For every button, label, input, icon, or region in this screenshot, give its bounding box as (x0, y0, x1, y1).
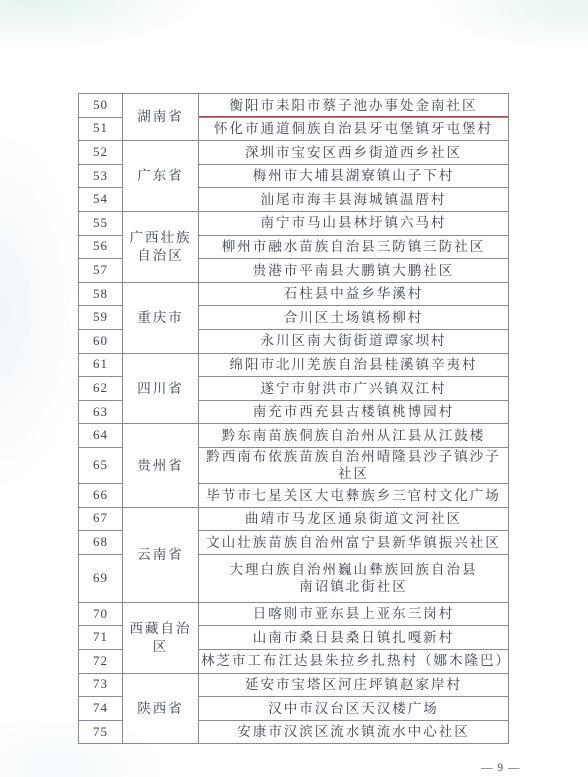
row-number-cell: 64 (79, 424, 123, 448)
locality-cell: 怀化市通道侗族自治县牙屯堡镇牙屯堡村 (199, 117, 509, 141)
row-number-cell: 52 (79, 141, 123, 165)
province-cell: 贵州省 (123, 424, 199, 507)
locality-cell: 延安市宝塔区河庄坪镇赵家岸村 (199, 673, 509, 697)
province-cell: 湖南省 (123, 94, 199, 141)
locality-cell: 汉中市汉台区天汉楼广场 (199, 697, 509, 721)
row-number-cell: 69 (79, 554, 123, 602)
table-row: 61四川省绵阳市北川羌族自治县桂溪镇辛夷村 (79, 353, 509, 377)
row-number-cell: 58 (79, 282, 123, 306)
locality-cell: 日喀则市亚东县上亚东三岗村 (199, 602, 509, 626)
row-number-cell: 59 (79, 306, 123, 330)
locality-table: 50湖南省衡阳市耒阳市蔡子池办事处金南社区51怀化市通道侗族自治县牙屯堡镇牙屯堡… (78, 93, 509, 744)
locality-cell: 南充市西充县古楼镇桃博园村 (199, 400, 509, 424)
table-row: 52广东省深圳市宝安区西乡街道西乡社区 (79, 141, 509, 165)
row-number-cell: 53 (79, 164, 123, 188)
row-number-cell: 61 (79, 353, 123, 377)
locality-cell: 石柱县中益乡华溪村 (199, 282, 509, 306)
locality-cell: 黔东南苗族侗族自治州从江县从江鼓楼 (199, 424, 509, 448)
locality-cell: 合川区土场镇杨柳村 (199, 306, 509, 330)
province-cell: 重庆市 (123, 282, 199, 353)
locality-cell: 林芝市工布江达县朱拉乡扎热村（娜木隆巴） (199, 649, 509, 673)
row-number-cell: 68 (79, 531, 123, 555)
table-row: 64贵州省黔东南苗族侗族自治州从江县从江鼓楼 (79, 424, 509, 448)
locality-cell: 梅州市大埔县湖寮镇山子下村 (199, 164, 509, 188)
province-cell: 广东省 (123, 141, 199, 212)
document-page: 50湖南省衡阳市耒阳市蔡子池办事处金南社区51怀化市通道侗族自治县牙屯堡镇牙屯堡… (0, 0, 588, 777)
province-cell: 陕西省 (123, 673, 199, 744)
province-cell: 云南省 (123, 507, 199, 602)
row-number-cell: 51 (79, 117, 123, 141)
row-number-cell: 55 (79, 211, 123, 235)
row-number-cell: 65 (79, 447, 123, 483)
locality-cell: 毕节市七星关区大屯彝族乡三官村文化广场 (199, 484, 509, 508)
table-row: 55广西壮族自治区南宁市马山县林圩镇六马村 (79, 211, 509, 235)
locality-table-body: 50湖南省衡阳市耒阳市蔡子池办事处金南社区51怀化市通道侗族自治县牙屯堡镇牙屯堡… (79, 94, 509, 744)
row-number-cell: 66 (79, 484, 123, 508)
table-row: 58重庆市石柱县中益乡华溪村 (79, 282, 509, 306)
row-number-cell: 75 (79, 720, 123, 744)
page-number: — 9 — (481, 762, 521, 774)
province-cell: 西藏自治区 (123, 602, 199, 673)
table-row: 67云南省曲靖市马龙区通泉街道文河社区 (79, 507, 509, 531)
row-number-cell: 54 (79, 188, 123, 212)
locality-cell: 黔西南布依族苗族自治州晴隆县沙子镇沙子社区 (199, 447, 509, 483)
table-row: 73陕西省延安市宝塔区河庄坪镇赵家岸村 (79, 673, 509, 697)
locality-cell: 柳州市融水苗族自治县三防镇三防社区 (199, 235, 509, 259)
row-number-cell: 70 (79, 602, 123, 626)
row-number-cell: 74 (79, 697, 123, 721)
locality-cell: 贵港市平南县大鹏镇大鹏社区 (199, 259, 509, 283)
locality-cell: 永川区南大街街道谭家坝村 (199, 329, 509, 353)
row-number-cell: 57 (79, 259, 123, 283)
locality-cell: 安康市汉滨区流水镇流水中心社区 (199, 720, 509, 744)
row-number-cell: 71 (79, 626, 123, 650)
row-number-cell: 72 (79, 649, 123, 673)
province-cell: 广西壮族自治区 (123, 211, 199, 282)
locality-cell: 大理白族自治州巍山彝族回族自治县南诏镇北街社区 (199, 554, 509, 602)
row-number-cell: 73 (79, 673, 123, 697)
row-number-cell: 50 (79, 94, 123, 118)
row-number-cell: 56 (79, 235, 123, 259)
row-number-cell: 62 (79, 377, 123, 401)
locality-cell: 曲靖市马龙区通泉街道文河社区 (199, 507, 509, 531)
locality-cell: 遂宁市射洪市广兴镇双江村 (199, 377, 509, 401)
table-row: 50湖南省衡阳市耒阳市蔡子池办事处金南社区 (79, 94, 509, 118)
locality-cell: 山南市桑日县桑日镇扎嘎新村 (199, 626, 509, 650)
row-number-cell: 60 (79, 329, 123, 353)
locality-cell: 深圳市宝安区西乡街道西乡社区 (199, 141, 509, 165)
locality-cell: 汕尾市海丰县海城镇温厝村 (199, 188, 509, 212)
row-number-cell: 67 (79, 507, 123, 531)
table-row: 70西藏自治区日喀则市亚东县上亚东三岗村 (79, 602, 509, 626)
row-number-cell: 63 (79, 400, 123, 424)
locality-cell-highlighted: 衡阳市耒阳市蔡子池办事处金南社区 (199, 94, 509, 118)
province-cell: 四川省 (123, 353, 199, 424)
locality-cell: 绵阳市北川羌族自治县桂溪镇辛夷村 (199, 353, 509, 377)
locality-cell: 南宁市马山县林圩镇六马村 (199, 211, 509, 235)
locality-cell: 文山壮族苗族自治州富宁县新华镇振兴社区 (199, 531, 509, 555)
